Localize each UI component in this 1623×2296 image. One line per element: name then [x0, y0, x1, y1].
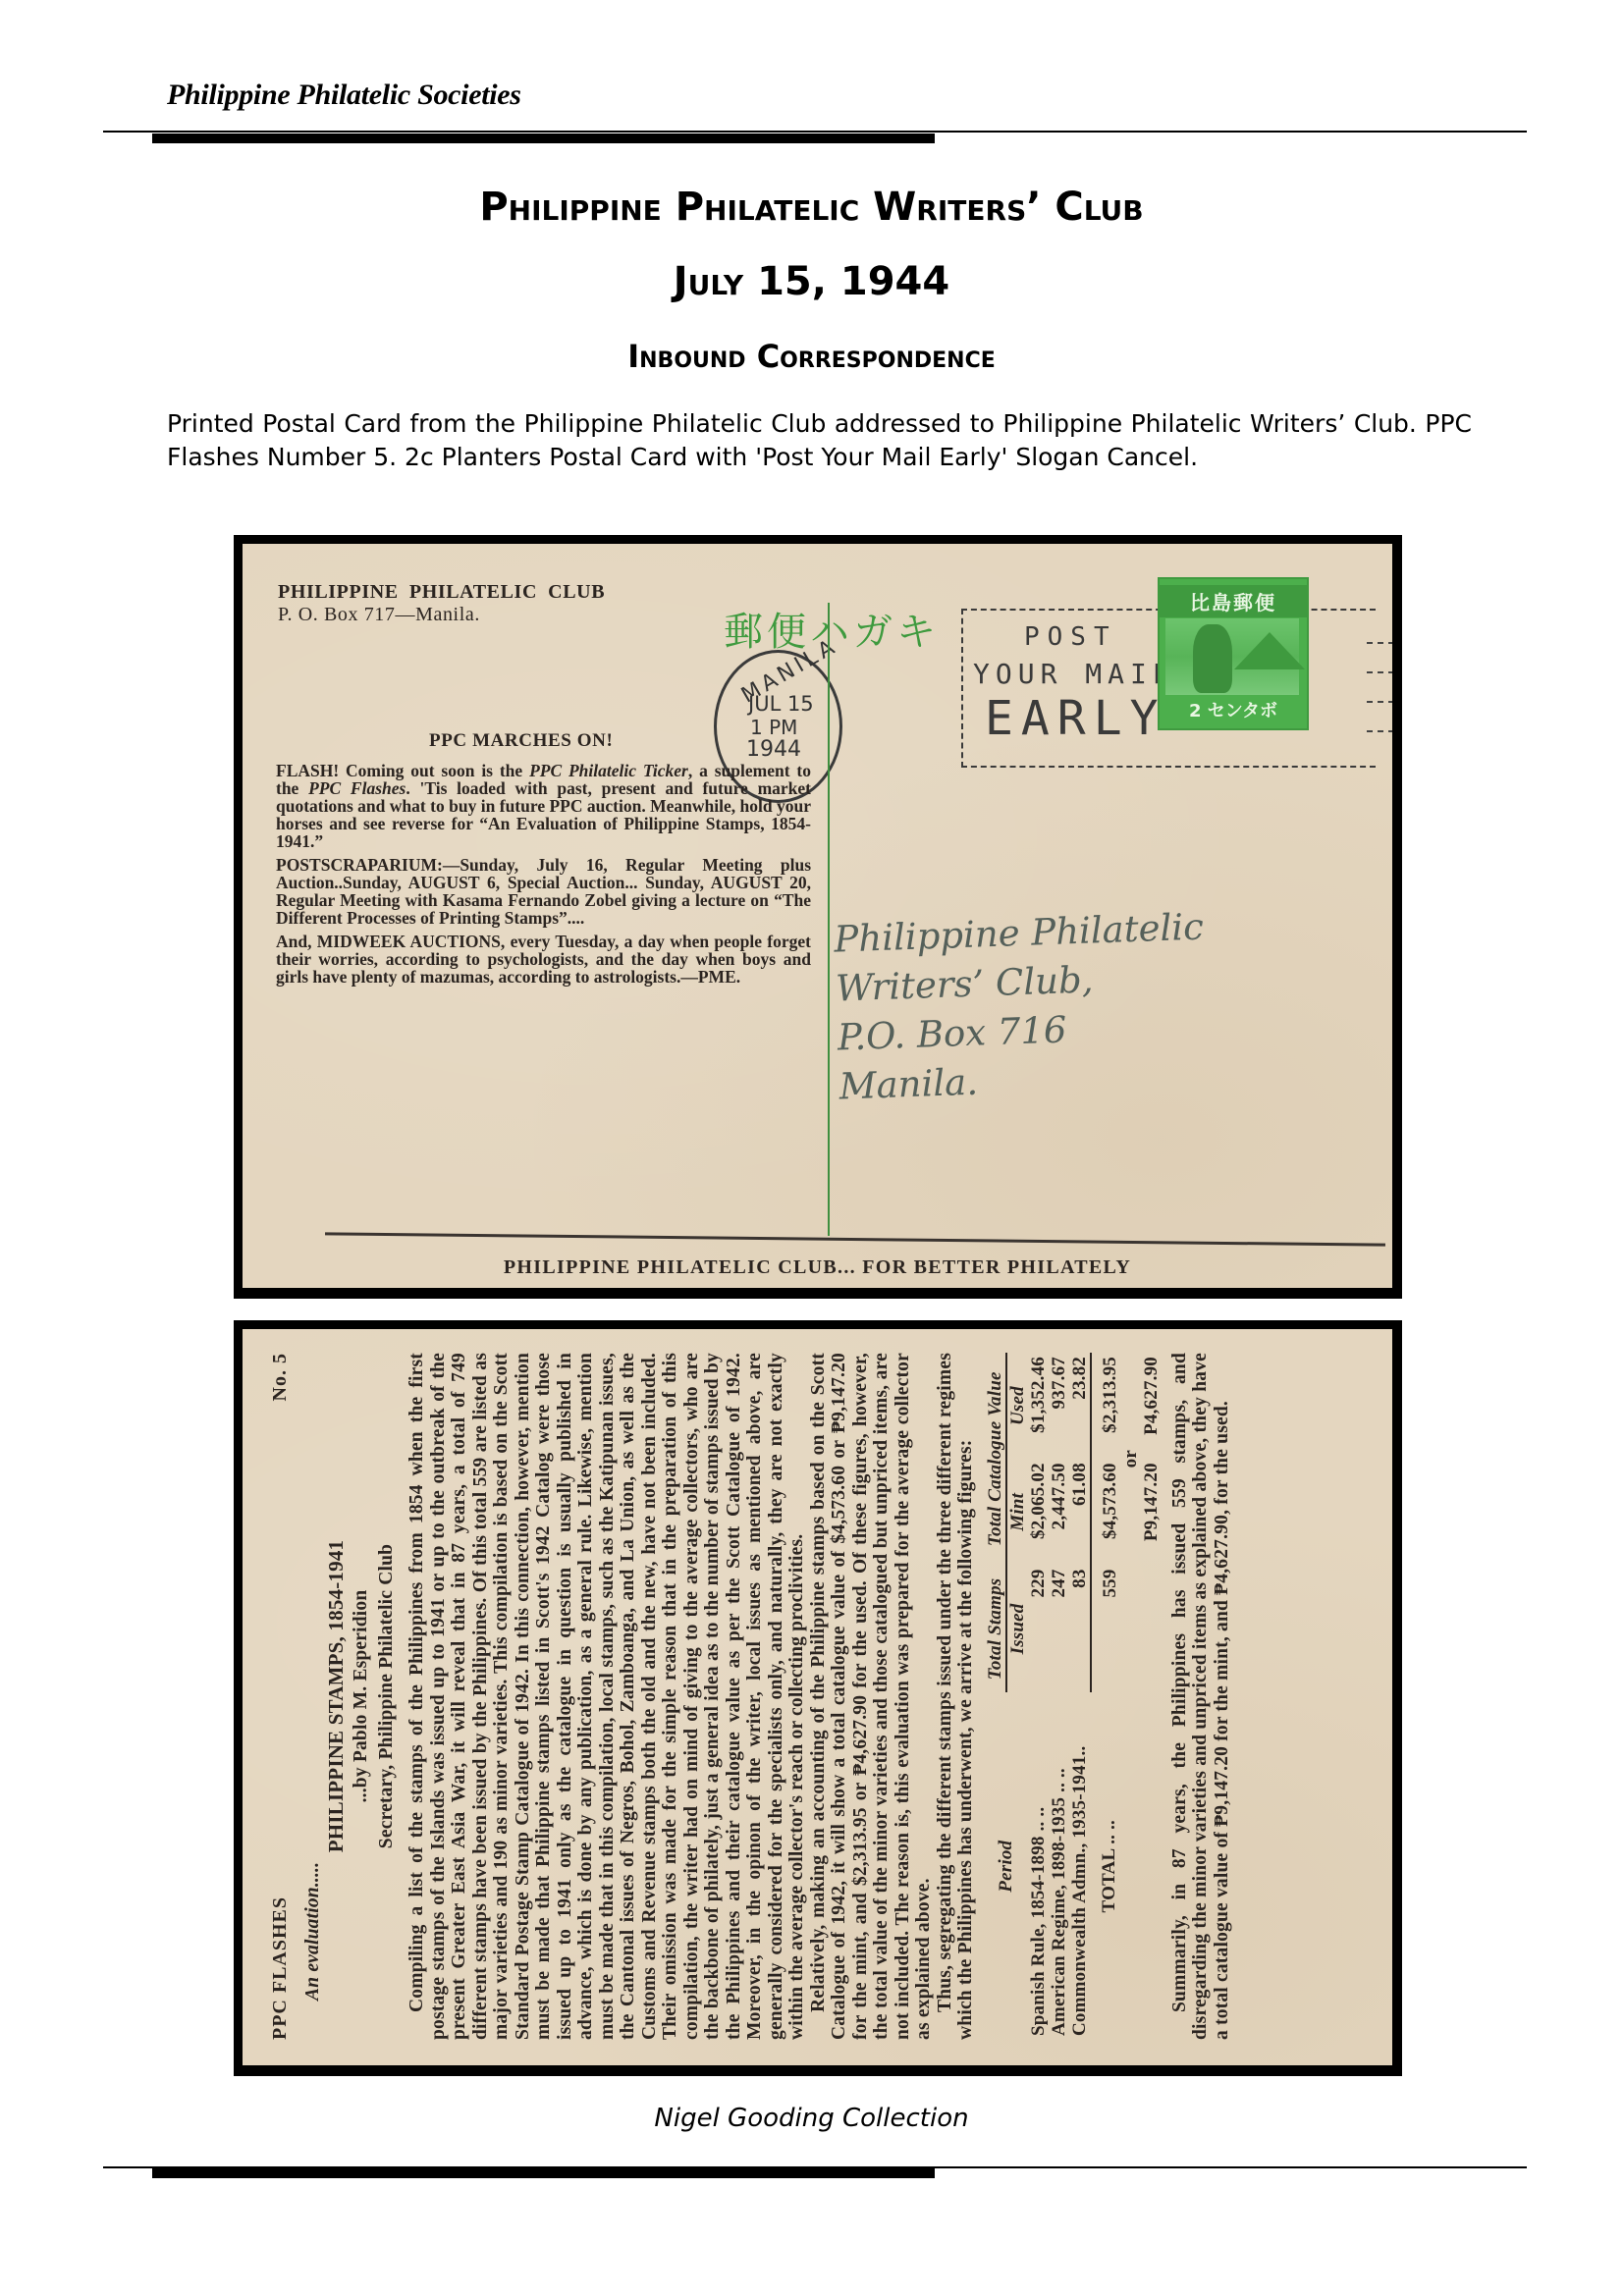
- masthead-title: PPC FLASHES: [269, 1896, 291, 2040]
- stamp-value: 2 センタボ: [1160, 697, 1307, 722]
- sender-address: P. O. Box 717—Manila.: [278, 604, 605, 626]
- col-header-mint: Mint: [1005, 1459, 1027, 1565]
- midweek-paragraph: And, MIDWEEK AUCTIONS, every Tuesday, a …: [276, 933, 811, 986]
- table-pesos-row: P9,147.20 P4,627.90: [1140, 1353, 1161, 2040]
- postal-card-front-frame: PHILIPPINE PHILATELIC CLUB P. O. Box 717…: [234, 535, 1402, 1299]
- stamp-top-text: 比島郵便: [1160, 585, 1307, 617]
- issue-number: No. 5: [269, 1353, 292, 1401]
- catalogue-value-table: Period Total Stamps Total Catalogue Valu…: [984, 1353, 1161, 2040]
- message-body: FLASH! Coming out soon is the PPC Philat…: [276, 762, 811, 991]
- postmark-time: 1 PM: [750, 716, 797, 739]
- col-header-used: Used: [1005, 1353, 1027, 1459]
- table-row: Spanish Rule, 1854-1898 .. .. 229 $2,065…: [1027, 1353, 1048, 2040]
- article-byline: ...by Pablo M. Esperidion: [351, 1353, 372, 2040]
- planter-stamp-icon: 比島郵便 2 センタボ: [1158, 577, 1309, 730]
- header-rule-thick: [152, 133, 935, 143]
- page-title: Philippine Philatelic Writers’ Club: [0, 185, 1623, 230]
- sender-name: PHILIPPINE PHILATELIC CLUB: [278, 581, 605, 604]
- article-byline-role: Secretary, Philippine Philatelic Club: [375, 1353, 397, 2040]
- postal-card-front: PHILIPPINE PHILATELIC CLUB P. O. Box 717…: [243, 544, 1392, 1288]
- flash-paragraph: FLASH! Coming out soon is the PPC Philat…: [276, 762, 811, 850]
- article-paragraph-1: Compiling a list of the stamps of the Ph…: [406, 1353, 808, 2040]
- sender-block: PHILIPPINE PHILATELIC CLUB P. O. Box 717…: [278, 581, 605, 626]
- table-row: American Regime, 1898-1935 .. .. 247 2,4…: [1048, 1353, 1068, 2040]
- postmark-date: JUL 15: [748, 692, 814, 716]
- table-or-row: or: [1119, 1353, 1140, 2040]
- cancel-bar-icon: [1367, 701, 1392, 705]
- slogan-line-2: YOUR MAIL: [973, 658, 1175, 690]
- postscraparium-paragraph: POSTSCRAPARIUM:—Sunday, July 16, Regular…: [276, 856, 811, 927]
- page-date: July 15, 1944: [0, 259, 1623, 304]
- postal-card-reverse-frame: PPC FLASHES No. 5 An evaluation..... PHI…: [234, 1320, 1402, 2076]
- item-description: Printed Postal Card from the Philippine …: [167, 407, 1472, 474]
- table-total-row: TOTAL .. .. 559 $4,573.60 $2,313.95: [1090, 1353, 1119, 2040]
- col-header-total-catalogue-value: Total Catalogue Value: [984, 1353, 1005, 1565]
- reverse-rotated-content: PPC FLASHES No. 5 An evaluation..... PHI…: [253, 1333, 1382, 2061]
- card-vertical-divider: [828, 603, 830, 1236]
- cancel-bar-icon: [1367, 730, 1392, 734]
- col-header-total-stamps: Total Stamps: [984, 1565, 1005, 1692]
- table-row: Commonwealth Admn., 1935-1941.. 83 61.08…: [1068, 1353, 1090, 2040]
- col-header-issued: Issued: [1005, 1565, 1027, 1692]
- slogan-line-3: EARLY: [985, 691, 1166, 746]
- handwritten-address: Philippine Philatelic Writers’ Club, P.O…: [834, 902, 1210, 1111]
- mountain-icon: [1234, 632, 1305, 669]
- article-paragraph-2: Relatively, making an accounting of the …: [807, 1353, 934, 2040]
- slogan-line-1: POST: [1024, 622, 1117, 652]
- message-heading: PPC MARCHES ON!: [429, 730, 613, 752]
- col-header-period: Period: [984, 1692, 1027, 2040]
- article-title: PHILIPPINE STAMPS, 1854-1941: [325, 1353, 347, 2040]
- footer-rule-thick: [152, 2168, 935, 2178]
- running-header-title: Philippine Philatelic Societies: [167, 79, 521, 112]
- article: An evaluation..... PHILIPPINE STAMPS, 18…: [302, 1353, 1232, 2040]
- header-rule-thin: [103, 131, 1527, 133]
- collection-caption: Nigel Gooding Collection: [0, 2104, 1623, 2133]
- stamp-scene: [1165, 618, 1299, 695]
- article-paragraph-4: Summarily, in 87 years, the Philippines …: [1168, 1353, 1232, 2040]
- article-paragraph-3: Thus, segregating the different stamps i…: [934, 1353, 976, 2040]
- cancel-bar-icon: [1367, 642, 1392, 646]
- postmark-year: 1944: [746, 737, 801, 762]
- postal-card-reverse: PPC FLASHES No. 5 An evaluation..... PHI…: [243, 1329, 1392, 2065]
- planter-figure-icon: [1193, 624, 1232, 693]
- masthead: PPC FLASHES No. 5: [269, 1353, 292, 2040]
- card-footer-slogan: PHILIPPINE PHILATELIC CLUB... FOR BETTER…: [243, 1256, 1392, 1279]
- cancel-bar-icon: [1367, 671, 1392, 675]
- article-kicker: An evaluation.....: [302, 1353, 324, 2001]
- section-heading: Inbound Correspondence: [0, 338, 1623, 375]
- card-bottom-rule: [325, 1232, 1385, 1246]
